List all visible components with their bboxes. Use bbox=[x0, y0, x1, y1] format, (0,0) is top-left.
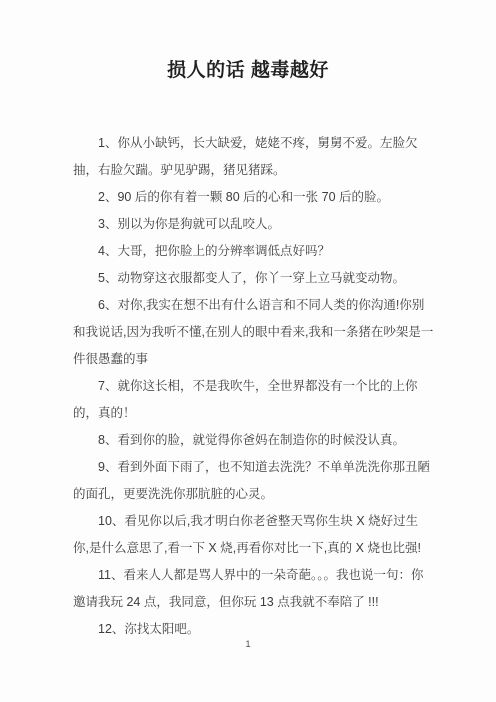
document-page: 损人的话 越毒越好 1、你从小缺钙，长大缺爱，姥姥不疼，舅舅不爱。左脸欠抽，右脸… bbox=[0, 0, 496, 702]
list-item: 7、就你这长相，不是我吹牛，全世界都没有一个比的上你的，真的！ bbox=[73, 373, 434, 427]
list-item: 10、看见你以后,我才明白你老爸整天骂你生块 X 烧好过生你,是什么意思了,看一… bbox=[73, 508, 434, 562]
page-number-footer: 1 bbox=[0, 638, 496, 650]
list-item: 9、看到外面下雨了，也不知道去洗洗？不单单洗洗你那丑陋的面孔，更要洗洗你那肮脏的… bbox=[73, 454, 434, 508]
document-title: 损人的话 越毒越好 bbox=[0, 0, 496, 84]
list-item: 4、大哥，把你脸上的分辨率调低点好吗？ bbox=[73, 238, 434, 265]
list-item: 1、你从小缺钙，长大缺爱，姥姥不疼，舅舅不爱。左脸欠抽，右脸欠踹。驴见驴踢，猪见… bbox=[73, 130, 434, 184]
list-item: 8、看到你的脸，就觉得你爸妈在制造你的时候没认真。 bbox=[73, 427, 434, 454]
list-item: 2、90 后的你有着一颗 80 后的心和一张 70 后的脸。 bbox=[73, 184, 434, 211]
list-item: 6、对你,我实在想不出有什么语言和不同人类的你沟通!你别和我说话,因为我听不懂,… bbox=[73, 292, 434, 373]
list-item: 5、动物穿这衣服都变人了，你丫一穿上立马就变动物。 bbox=[73, 265, 434, 292]
list-item: 11、看来人人都是骂人界中的一朵奇葩。。。我也说一句：你邀请我玩 24 点，我同… bbox=[73, 562, 434, 616]
list-item: 3、别以为你是狗就可以乱咬人。 bbox=[73, 211, 434, 238]
document-body: 1、你从小缺钙，长大缺爱，姥姥不疼，舅舅不爱。左脸欠抽，右脸欠踹。驴见驴踢，猪见… bbox=[73, 130, 434, 643]
